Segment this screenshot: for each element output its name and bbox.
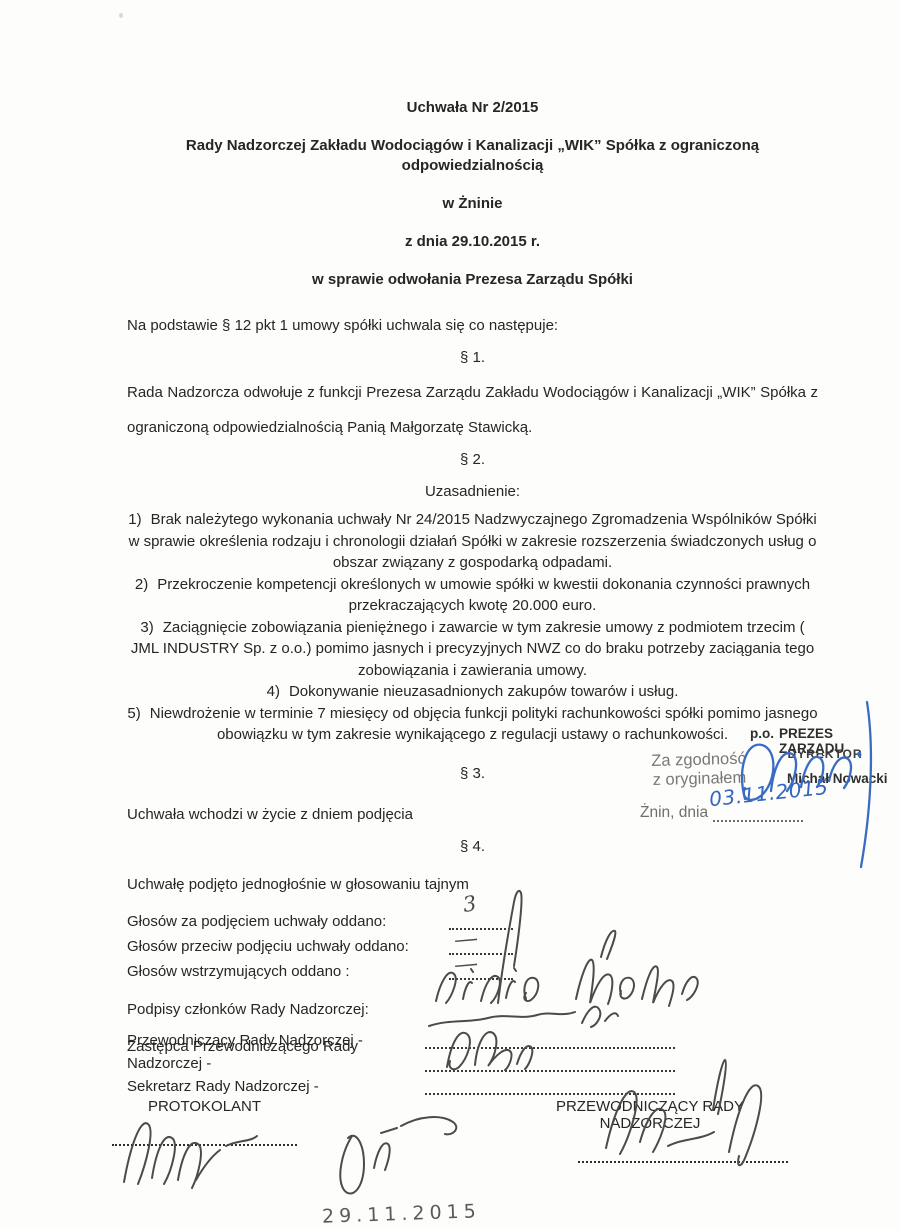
justification-item-5: 5)Niewdrożenie w terminie 7 miesięcy od … (127, 703, 818, 746)
title-line-2: Rady Nadzorczej Zakładu Wodociągów i Kan… (127, 136, 818, 176)
justification-list: 1)Brak należytego wykonania uchwały Nr 2… (127, 509, 818, 746)
protokolant-dotted-line (112, 1144, 297, 1146)
title-line-3: w Żninie (127, 194, 818, 214)
bottom-handwritten-date: 29.11.2015 (322, 1200, 481, 1228)
vote-label: Głosów za podjęciem uchwały oddano: (127, 913, 449, 930)
title-line-1: Uchwała Nr 2/2015 (127, 98, 818, 118)
justification-item-2: 2)Przekroczenie kompetencji określonych … (127, 574, 818, 617)
scan-speck (119, 13, 123, 18)
justification-item-4: 4)Dokonywanie nieuzasadnionych zakupów t… (127, 681, 818, 703)
protokolant-label: PROTOKOLANT (112, 1098, 297, 1115)
section2-heading: § 2. (127, 448, 818, 472)
section1-heading: § 1. (127, 346, 818, 370)
signature-dotted-line (425, 1054, 675, 1072)
item-number: 5) (127, 705, 140, 722)
signature-dotted-line (425, 1031, 675, 1049)
item-text: Brak należytego wykonania uchwały Nr 24/… (129, 511, 817, 571)
justification-item-1: 1)Brak należytego wykonania uchwały Nr 2… (127, 509, 818, 574)
signature-roles: Przewodniczący Rady Nadzorczej - Zastępc… (127, 1026, 818, 1095)
justification-item-3: 3)Zaciągnięcie zobowiązania pieniężnego … (127, 617, 818, 682)
item-number: 4) (267, 683, 280, 700)
item-text: Zaciągnięcie zobowiązania pieniężnego i … (131, 619, 814, 679)
vote-dotted-line: — (449, 961, 513, 980)
protokolant-block: PROTOKOLANT (112, 1098, 297, 1146)
title-line-4: z dnia 29.10.2015 r. (127, 232, 818, 252)
vote-label: Głosów wstrzymujących oddano : (127, 963, 449, 980)
handwritten-dash: — (454, 927, 478, 951)
title-line-5: w sprawie odwołania Prezesa Zarządu Spół… (127, 270, 818, 290)
role-row-secretary: Sekretarz Rady Nadzorczej - (127, 1072, 818, 1095)
chairman-block: PRZEWODNICZĄCY RADY NADZORCZEJ (512, 1098, 788, 1163)
role-label: Zastępca Przewodniczącego Rady Nadzorcze… (127, 1038, 425, 1072)
section1-body: Rada Nadzorcza odwołuje z funkcji Prezes… (127, 375, 818, 445)
stamp-subtitle: DYREKTOR (760, 747, 890, 761)
role-row-deputy: Zastępca Przewodniczącego Rady Nadzorcze… (127, 1049, 818, 1072)
item-number: 3) (140, 619, 153, 636)
center-bottom-signature (340, 1117, 456, 1193)
item-number: 1) (128, 511, 141, 528)
justification-heading: Uzasadnienie: (127, 480, 818, 504)
vote-row-abstain: Głosów wstrzymujących oddano : — (127, 955, 818, 980)
intro-text: Na podstawie § 12 pkt 1 umowy spółki uch… (127, 314, 818, 338)
document-page: Uchwała Nr 2/2015 Rady Nadzorczej Zakład… (0, 0, 900, 1230)
date-dotted-line: 03.11.2015 (713, 805, 803, 822)
place-date-stamp: Żnin, dnia 03.11.2015 (640, 804, 803, 822)
votes-block: Głosów za podjęciem uchwały oddano: 3 Gł… (127, 905, 818, 980)
item-text: Przekroczenie kompetencji określonych w … (157, 576, 810, 615)
vote-label: Głosów przeciw podjęciu uchwały oddano: (127, 938, 449, 955)
role-label: Sekretarz Rady Nadzorczej - (127, 1078, 425, 1095)
place-date-label: Żnin, dnia (640, 804, 708, 822)
chairman-dotted-line (578, 1161, 788, 1163)
section4-heading: § 4. (127, 835, 818, 859)
item-text: Dokonywanie nieuzasadnionych zakupów tow… (289, 683, 678, 700)
signatures-heading: Podpisy członków Rady Nadzorczej: (127, 998, 818, 1022)
chairman-label: PRZEWODNICZĄCY RADY NADZORCZEJ (512, 1098, 788, 1132)
item-text: Niewdrożenie w terminie 7 miesięcy od ob… (150, 705, 818, 744)
handwritten-dash: — (454, 952, 478, 976)
document-body: Uchwała Nr 2/2015 Rady Nadzorczej Zakład… (0, 0, 900, 1095)
item-number: 2) (135, 576, 148, 593)
signature-dotted-line (425, 1077, 675, 1095)
